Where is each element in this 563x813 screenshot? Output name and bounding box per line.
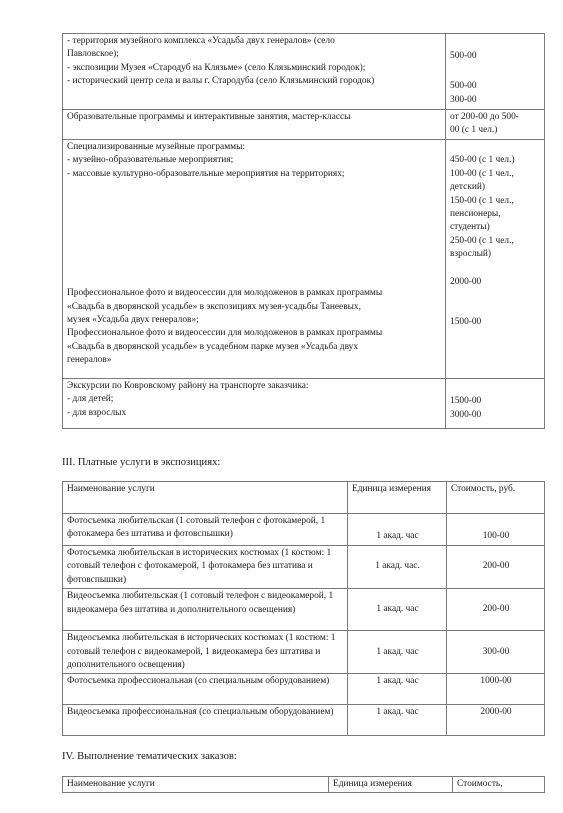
service-line: - экспозиции Музея «Стародуб на Клязьме»…	[67, 62, 442, 75]
table-row: Видеосъемка любительская в исторических …	[63, 631, 545, 674]
price-line: 250-00 (с 1 чел.,	[450, 235, 541, 248]
unit-cell: 1 акад. час	[348, 514, 447, 546]
unit-cell: 1 акад. час	[348, 631, 447, 674]
service-line: генералов»	[67, 354, 442, 367]
table-header-row: Наименование услуги Единица измерения Ст…	[63, 777, 545, 793]
price-line: 300-00	[450, 94, 541, 107]
service-line: музея «Усадьба двух генералов»;	[67, 314, 442, 327]
price-line: 450-00 (с 1 чел.)	[450, 154, 541, 167]
price-line: студенты)	[450, 221, 541, 234]
unit-cell: 1 акад. час.	[348, 546, 447, 589]
column-header-unit: Единица измерения	[329, 777, 453, 793]
price-line: от 200-00 до 500-	[450, 111, 541, 124]
service-line: «Свадьба в дворянской усадьбе» в экспози…	[67, 301, 442, 314]
service-name-cell: Фотосъемка любительская в исторических к…	[63, 546, 348, 589]
thematic-orders-table: Наименование услуги Единица измерения Ст…	[62, 776, 545, 793]
price-cell: 1500-00 3000-00	[446, 379, 545, 429]
table-row: Фотосъемка любительская в исторических к…	[63, 546, 545, 589]
services-price-table-continued: - территория музейного комплекса «Усадьб…	[62, 33, 545, 429]
price-line: 3000-00	[450, 409, 541, 422]
price-cell: 450-00 (с 1 чел.) 100-00 (с 1 чел., детс…	[446, 140, 545, 379]
price-line: 150-00 (с 1 чел.,	[450, 195, 541, 208]
section-heading-iii: III. Платные услуги в экспозициях:	[62, 456, 220, 469]
service-line: Специализированные музейные программы:	[67, 141, 442, 154]
price-line: 500-00	[450, 50, 541, 63]
service-line: - для взрослых	[67, 407, 442, 420]
service-line: - территория музейного комплекса «Усадьб…	[67, 35, 442, 48]
service-name-cell: Специализированные музейные программы: -…	[63, 140, 446, 379]
service-line: Профессиональное фото и видеосессии для …	[67, 287, 442, 300]
price-line: 1500-00	[450, 395, 541, 408]
column-header-unit: Единица измерения	[348, 482, 447, 514]
table-row: Фотосъемка профессиональная (со специаль…	[63, 674, 545, 705]
table-header-row: Наименование услуги Единица измерения Ст…	[63, 482, 545, 514]
unit-cell: 1 акад. час	[348, 674, 447, 705]
column-header-price: Стоимость, руб.	[447, 482, 545, 514]
table-row: Специализированные музейные программы: -…	[63, 140, 545, 379]
price-cell: 1000-00	[447, 674, 545, 705]
service-name-cell: - территория музейного комплекса «Усадьб…	[63, 34, 446, 110]
table-row: Фотосъемка любительская (1 сотовый телеф…	[63, 514, 545, 546]
price-line: 500-00	[450, 80, 541, 93]
price-line: взрослый)	[450, 248, 541, 261]
service-line: - массовые культурно-образовательные мер…	[67, 168, 442, 181]
price-line: 1500-00	[450, 316, 541, 329]
section-heading-iv: IV. Выполнение тематических заказов:	[62, 750, 237, 763]
price-line: 100-00 (с 1 чел.,	[450, 168, 541, 181]
service-line: - музейно-образовательные мероприятия;	[67, 154, 442, 167]
unit-cell: 1 акад. час	[348, 589, 447, 631]
service-line: - для детей;	[67, 393, 442, 406]
table-row: Образовательные программы и интерактивны…	[63, 110, 545, 140]
service-line: Образовательные программы и интерактивны…	[67, 111, 442, 124]
column-header-name: Наименование услуги	[63, 482, 348, 514]
service-name-cell: Образовательные программы и интерактивны…	[63, 110, 446, 140]
exposition-services-table: Наименование услуги Единица измерения Ст…	[62, 481, 545, 736]
price-line: детский)	[450, 181, 541, 194]
column-header-price: Стоимость,	[453, 777, 545, 793]
service-name-cell: Фотосъемка профессиональная (со специаль…	[63, 674, 348, 705]
price-cell: от 200-00 до 500- 00 (с 1 чел.)	[446, 110, 545, 140]
service-line: Профессиональное фото и видеосессии для …	[67, 327, 442, 340]
service-line: «Свадьба в дворянской усадьбе» в усадебн…	[67, 341, 442, 354]
price-cell: 500-00 500-00 300-00	[446, 34, 545, 110]
price-cell: 2000-00	[447, 705, 545, 736]
price-line: 2000-00	[450, 276, 541, 289]
table-row: Экскурсии по Ковровскому району на транс…	[63, 379, 545, 429]
unit-cell: 1 акад. час	[348, 705, 447, 736]
price-line: пенсионеры,	[450, 208, 541, 221]
service-name-cell: Фотосъемка любительская (1 сотовый телеф…	[63, 514, 348, 546]
column-header-name: Наименование услуги	[63, 777, 329, 793]
price-cell: 200-00	[447, 589, 545, 631]
price-cell: 300-00	[447, 631, 545, 674]
service-line: - исторический центр села и валы г. Стар…	[67, 75, 442, 88]
table-row: - территория музейного комплекса «Усадьб…	[63, 34, 545, 110]
service-name-cell: Видеосъемка любительская в исторических …	[63, 631, 348, 674]
service-name-cell: Видеосъемка любительская (1 сотовый теле…	[63, 589, 348, 631]
service-line: Павловское);	[67, 48, 442, 61]
document-page: - территория музейного комплекса «Усадьб…	[0, 0, 563, 813]
service-name-cell: Видеосъемка профессиональная (со специал…	[63, 705, 348, 736]
table-row: Видеосъемка профессиональная (со специал…	[63, 705, 545, 736]
price-line: 00 (с 1 чел.)	[450, 124, 541, 137]
price-cell: 100-00	[447, 514, 545, 546]
service-name-cell: Экскурсии по Ковровскому району на транс…	[63, 379, 446, 429]
service-line: Экскурсии по Ковровскому району на транс…	[67, 380, 442, 393]
price-cell: 200-00	[447, 546, 545, 589]
table-row: Видеосъемка любительская (1 сотовый теле…	[63, 589, 545, 631]
